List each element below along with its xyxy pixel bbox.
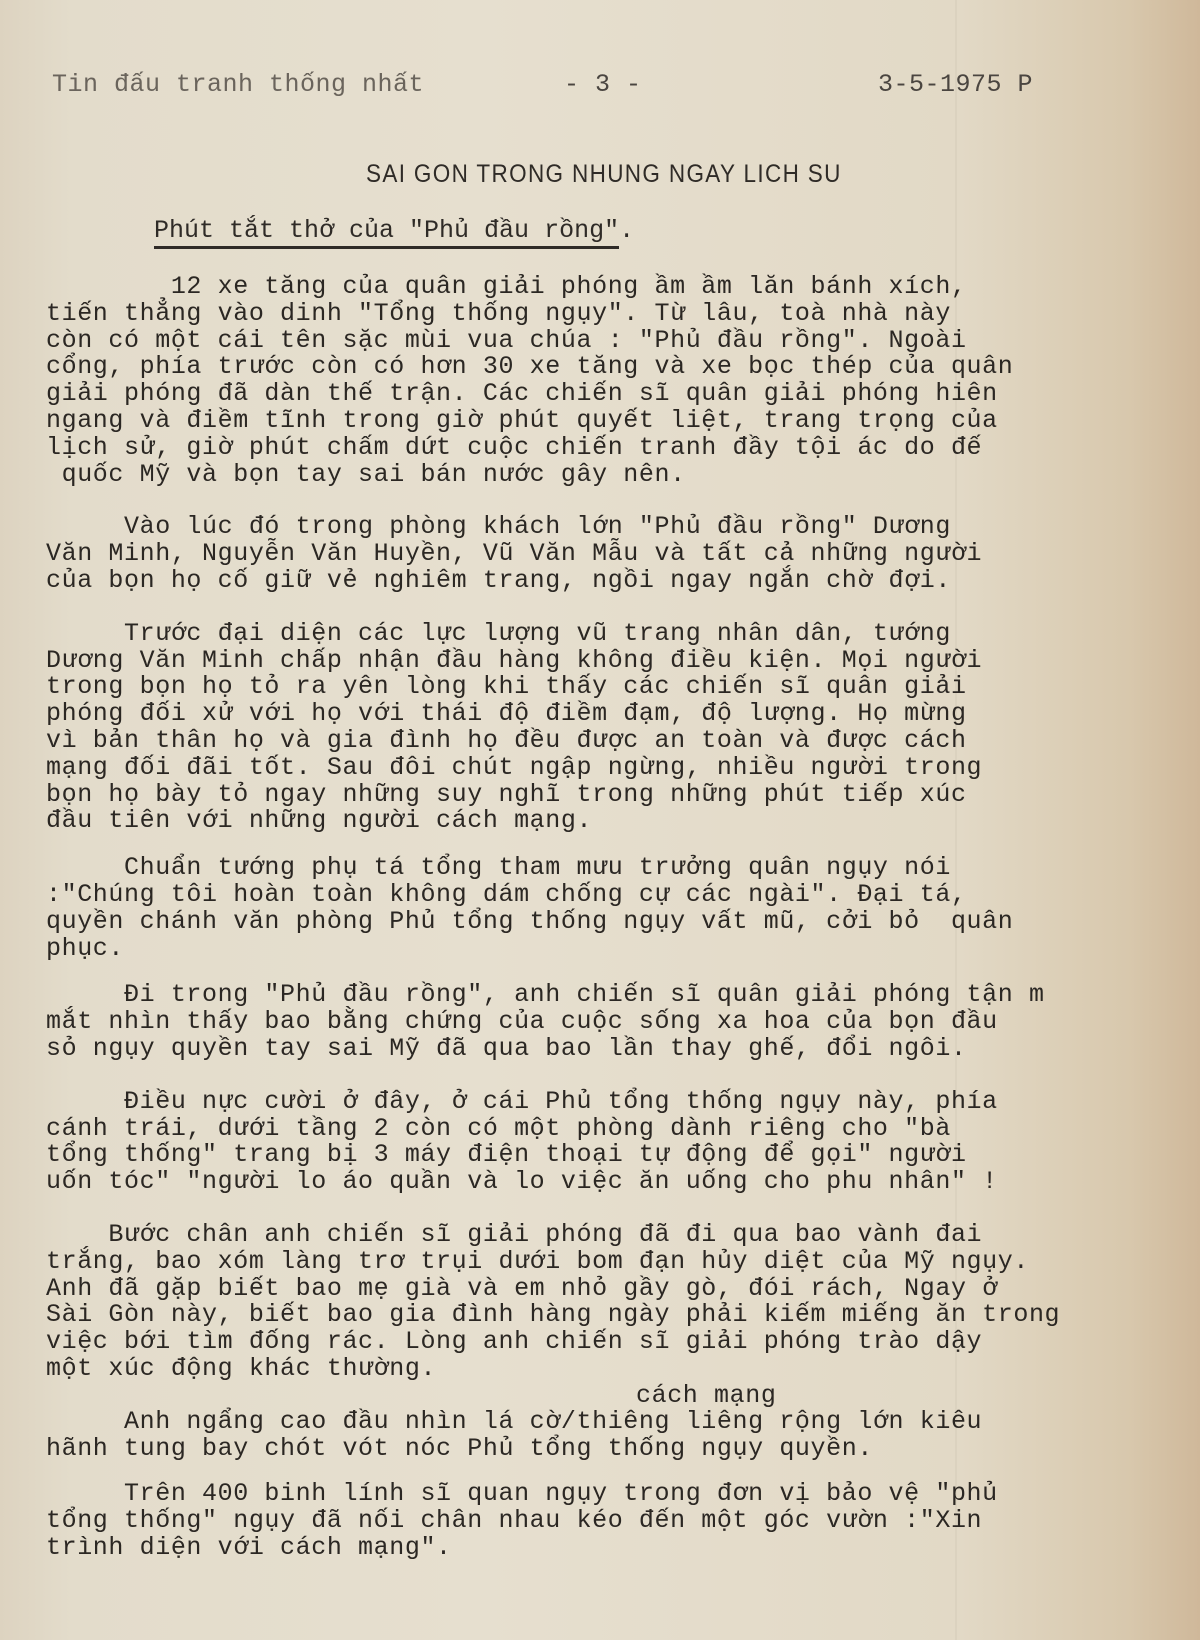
paragraph-gap: [46, 488, 1166, 514]
article-paragraph: Vào lúc đó trong phòng khách lớn "Phủ đầ…: [46, 514, 1166, 594]
text-line: Chuẩn tướng phụ tá tổng tham mưu trưởng …: [46, 855, 1166, 882]
paragraph-gap: [46, 1063, 1166, 1089]
text-line: 12 xe tăng của quân giải phóng ầm ầm lăn…: [46, 274, 1166, 301]
text-line: lịch sử, giờ phút chấm dứt cuộc chiến tr…: [46, 435, 1166, 462]
article-paragraph: Anh ngẩng cao đầu nhìn lá cờ/thiêng liên…: [46, 1409, 1166, 1463]
text-line: Trên 400 binh lính sĩ quan ngụy trong đơ…: [46, 1481, 1166, 1508]
article-paragraph: Bước chân anh chiến sĩ giải phóng đã đi …: [46, 1222, 1166, 1383]
text-line: Bước chân anh chiến sĩ giải phóng đã đi …: [46, 1222, 1166, 1249]
text-line: trong bọn họ tỏ ra yên lòng khi thấy các…: [46, 674, 1166, 701]
text-line: Vào lúc đó trong phòng khách lớn "Phủ đầ…: [46, 514, 1166, 541]
text-line: Dương Văn Minh chấp nhận đầu hàng không …: [46, 648, 1166, 675]
text-line: cánh trái, dưới tầng 2 còn có một phòng …: [46, 1116, 1166, 1143]
publication-name: Tin đấu tranh thống nhất: [52, 70, 424, 99]
text-line: tổng thống" ngụy đã nối chân nhau kéo đế…: [46, 1508, 1166, 1535]
text-line: bọn họ bày tỏ ngay những suy nghĩ trong …: [46, 782, 1166, 809]
text-line: mạng đối đãi tốt. Sau đôi chút ngập ngừn…: [46, 755, 1166, 782]
text-line: Sài Gòn này, biết bao gia đình hàng ngày…: [46, 1302, 1166, 1329]
article-subtitle: Phút tắt thở của "Phủ đầu rồng".: [154, 216, 634, 245]
text-line: quốc Mỹ và bọn tay sai bán nước gây nên.: [46, 462, 1166, 489]
paragraph-gap: [46, 1196, 1166, 1222]
page-number: - 3 -: [564, 70, 642, 99]
text-line: phục.: [46, 936, 1166, 963]
article-body: 12 xe tăng của quân giải phóng ầm ầm lăn…: [46, 274, 1166, 1561]
text-line: việc bới tìm đống rác. Lòng anh chiến sĩ…: [46, 1329, 1166, 1356]
text-line: cổng, phía trước còn có hơn 30 xe tăng v…: [46, 354, 1166, 381]
text-line: còn có một cái tên sặc mùi vua chúa : "P…: [46, 328, 1166, 355]
text-line: giải phóng đã dàn thế trận. Các chiến sĩ…: [46, 381, 1166, 408]
paragraph-gap: [46, 835, 1166, 855]
text-line: :"Chúng tôi hoàn toàn không dám chống cự…: [46, 882, 1166, 909]
text-line: Đi trong "Phủ đầu rồng", anh chiến sĩ qu…: [46, 982, 1166, 1009]
article-paragraph: Điều nực cười ở đây, ở cái Phủ tổng thốn…: [46, 1089, 1166, 1196]
text-line: Anh đã gặp biết bao mẹ già và em nhỏ gầy…: [46, 1276, 1166, 1303]
paragraph-gap: [46, 962, 1166, 982]
text-line: của bọn họ cố giữ vẻ nghiêm trang, ngồi …: [46, 568, 1166, 595]
document-date: 3-5-1975 P: [878, 70, 1033, 99]
text-line: tiến thẳng vào dinh "Tổng thống ngụy". T…: [46, 301, 1166, 328]
article-paragraph: Chuẩn tướng phụ tá tổng tham mưu trưởng …: [46, 855, 1166, 962]
text-line: sỏ ngụy quyền tay sai Mỹ đã qua bao lần …: [46, 1036, 1166, 1063]
article-paragraph: Đi trong "Phủ đầu rồng", anh chiến sĩ qu…: [46, 982, 1166, 1062]
scanned-document-page: Tin đấu tranh thống nhất - 3 - 3-5-1975 …: [0, 0, 1200, 1640]
text-line: ngang và điềm tĩnh trong giờ phút quyết …: [46, 408, 1166, 435]
subtitle-period: .: [619, 216, 634, 245]
text-line: quyền chánh văn phòng Phủ tổng thống ngụ…: [46, 909, 1166, 936]
article-paragraph: Trước đại diện các lực lượng vũ trang nh…: [46, 621, 1166, 835]
handwritten-insertion: cách mạng: [46, 1383, 1166, 1410]
text-line: uốn tóc" "người lo áo quần và lo việc ăn…: [46, 1169, 1166, 1196]
article-paragraph: Trên 400 binh lính sĩ quan ngụy trong đơ…: [46, 1481, 1166, 1561]
text-line: đầu tiên với những người cách mạng.: [46, 808, 1166, 835]
text-line: Anh ngẩng cao đầu nhìn lá cờ/thiêng liên…: [46, 1409, 1166, 1436]
paragraph-gap: [46, 595, 1166, 621]
text-line: mắt nhìn thấy bao bằng chứng của cuộc số…: [46, 1009, 1166, 1036]
text-line: hãnh tung bay chót vót nóc Phủ tổng thốn…: [46, 1436, 1166, 1463]
text-line: một xúc động khác thường.: [46, 1356, 1166, 1383]
text-line: Trước đại diện các lực lượng vũ trang nh…: [46, 621, 1166, 648]
subtitle-underlined-text: Phút tắt thở của "Phủ đầu rồng": [154, 216, 619, 249]
text-line: Điều nực cười ở đây, ở cái Phủ tổng thốn…: [46, 1089, 1166, 1116]
article-title: SAI GON TRONG NHUNG NGAY LICH SU: [366, 160, 842, 189]
text-line: vì bản thân họ và gia đình họ đều được a…: [46, 728, 1166, 755]
text-line: trắng, bao xóm làng trơ trụi dưới bom đạ…: [46, 1249, 1166, 1276]
article-paragraph: 12 xe tăng của quân giải phóng ầm ầm lăn…: [46, 274, 1166, 488]
document-header: Tin đấu tranh thống nhất - 3 - 3-5-1975 …: [52, 70, 1052, 106]
text-line: Văn Minh, Nguyễn Văn Huyền, Vũ Văn Mẫu v…: [46, 541, 1166, 568]
text-line: tổng thống" trang bị 3 máy điện thoại tự…: [46, 1142, 1166, 1169]
text-line: phóng đối xử với họ với thái độ điềm đạm…: [46, 701, 1166, 728]
text-line: trình diện với cách mạng".: [46, 1535, 1166, 1562]
